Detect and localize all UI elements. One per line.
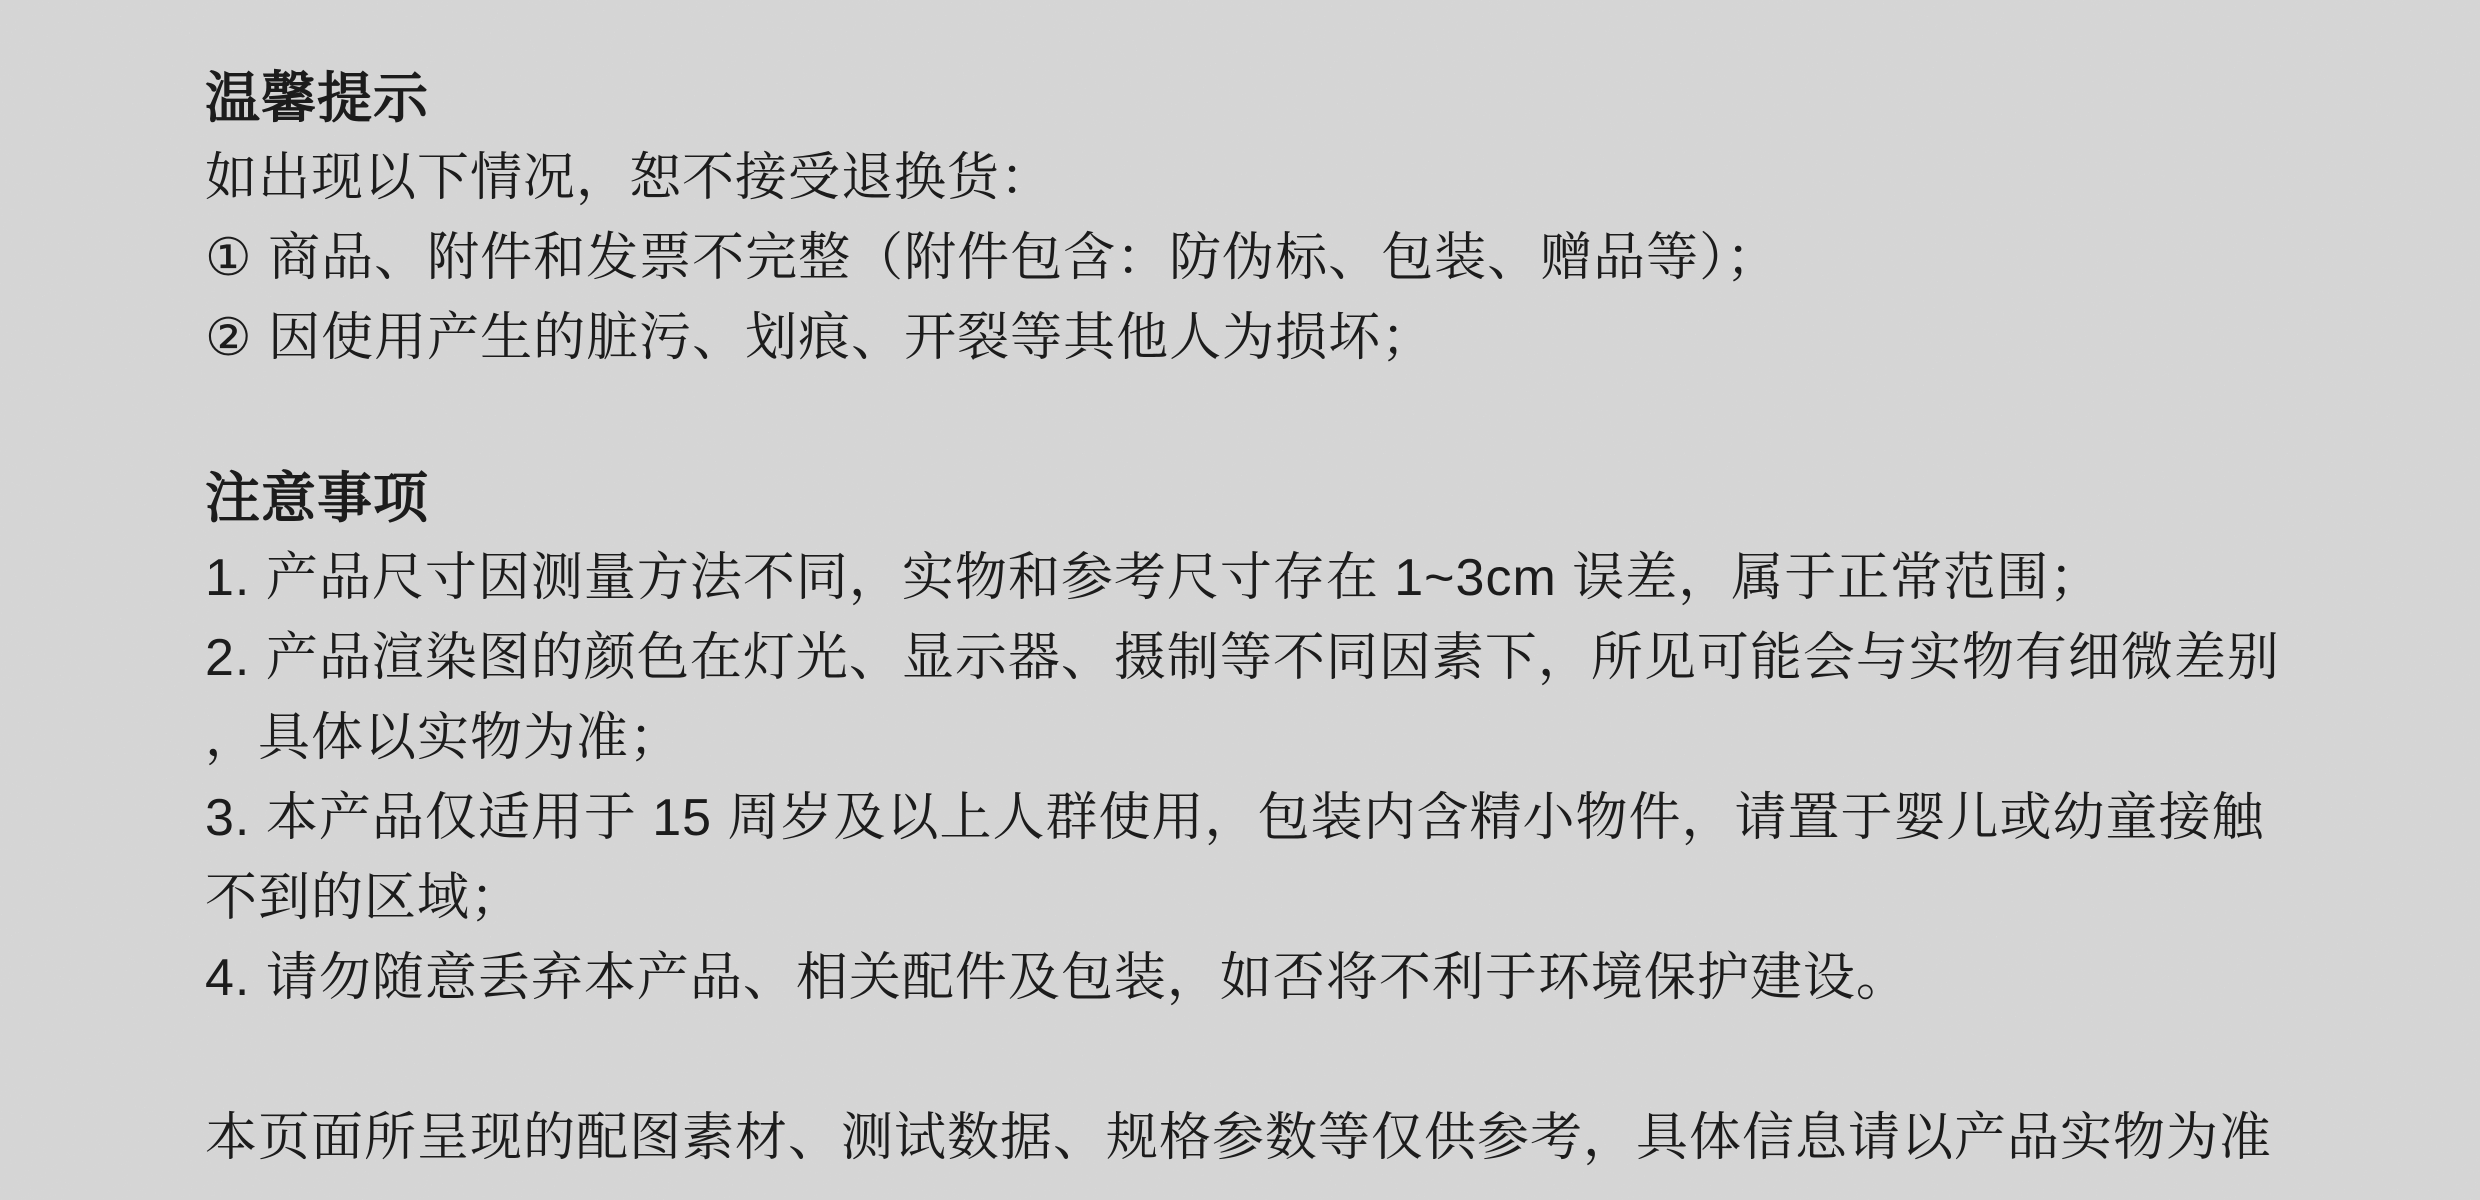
precautions-item-1: 1. 产品尺寸因测量方法不同，实物和参考尺寸存在 1~3cm 误差，属于正常范围… xyxy=(205,538,2320,618)
warm-tips-intro: 如出现以下情况，恕不接受退换货： xyxy=(205,138,2320,218)
precautions-item-2-line-1: 2. 产品渲染图的颜色在灯光、显示器、摄制等不同因素下，所见可能会与实物有细微差… xyxy=(205,618,2320,698)
precautions-section: 注意事项 1. 产品尺寸因测量方法不同，实物和参考尺寸存在 1~3cm 误差，属… xyxy=(205,458,2320,1018)
precautions-title: 注意事项 xyxy=(205,458,2320,538)
footer-disclaimer: 本页面所呈现的配图素材、测试数据、规格参数等仅供参考，具体信息请以产品实物为准 xyxy=(205,1098,2320,1178)
warm-tips-item-1: ① 商品、附件和发票不完整（附件包含：防伪标、包装、赠品等）； xyxy=(205,218,2320,298)
precautions-item-3-line-1: 3. 本产品仅适用于 15 周岁及以上人群使用，包装内含精小物件，请置于婴儿或幼… xyxy=(205,778,2320,858)
notice-content: 温馨提示 如出现以下情况，恕不接受退换货： ① 商品、附件和发票不完整（附件包含… xyxy=(0,0,2480,1178)
precautions-item-4: 4. 请勿随意丢弃本产品、相关配件及包装，如否将不利于环境保护建设。 xyxy=(205,938,2320,1018)
precautions-item-3-line-2: 不到的区域； xyxy=(205,858,2320,938)
warm-tips-section: 温馨提示 如出现以下情况，恕不接受退换货： ① 商品、附件和发票不完整（附件包含… xyxy=(205,58,2320,378)
warm-tips-item-2: ② 因使用产生的脏污、划痕、开裂等其他人为损坏； xyxy=(205,298,2320,378)
product-notice-page: 温馨提示 如出现以下情况，恕不接受退换货： ① 商品、附件和发票不完整（附件包含… xyxy=(0,0,2480,1200)
precautions-item-2-line-2: ，具体以实物为准； xyxy=(205,698,2320,778)
warm-tips-title: 温馨提示 xyxy=(205,58,2320,138)
